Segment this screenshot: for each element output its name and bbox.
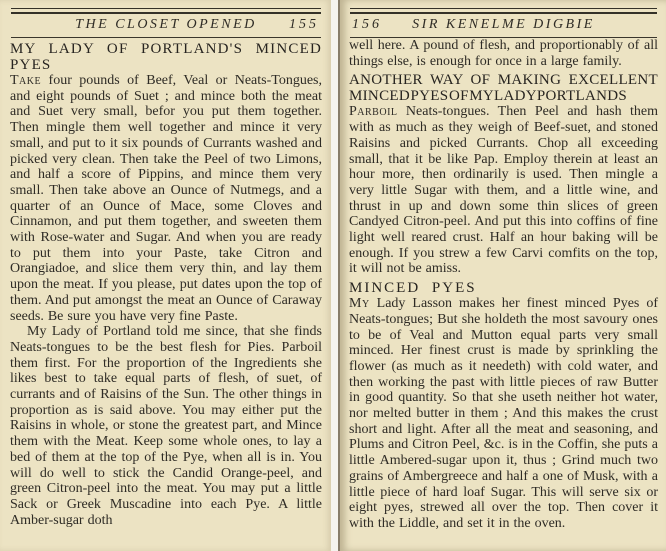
recipe-paragraph-parboil: Parboil Neats-tongues. Then Peel and has… xyxy=(349,104,658,277)
running-head-left: THE CLOSET OPENED 155 xyxy=(11,14,321,38)
running-head-right: 156 SIR KENELME DIGBIE xyxy=(350,14,657,38)
recipe-paragraph-1: Take four pounds of Beef, Veal or Neats-… xyxy=(10,73,322,324)
recipe-paragraph-lady-lasson: My Lady Lasson makes her finest minced P… xyxy=(349,296,658,532)
paragraph-lead-word: Parboil xyxy=(349,104,398,119)
page-left: THE CLOSET OPENED 155 MY LADY OF PORTLAN… xyxy=(0,0,331,551)
page-right: 156 SIR KENELME DIGBIE well here. A poun… xyxy=(338,0,666,551)
section-heading-another-way: ANOTHER WAY OF MAKING EXCELLENT MINCED P… xyxy=(349,72,658,104)
page-number-left: 155 xyxy=(285,17,319,33)
paragraph-text: Neats-tongues. Then Peel and hash them w… xyxy=(349,104,658,276)
book-title-left: THE CLOSET OPENED xyxy=(47,17,285,33)
recipe-paragraph-2: My Lady of Portland told me since, that … xyxy=(10,324,322,528)
continued-paragraph: well here. A pound of flesh, and proport… xyxy=(349,38,658,69)
section-heading-minced-pyes: MINCED PYES xyxy=(349,280,658,296)
book-title-right: SIR KENELME DIGBIE xyxy=(386,17,621,33)
paragraph-lead-word: Take xyxy=(10,73,41,88)
paragraph-lead-word: My xyxy=(349,296,370,311)
section-heading-portlands-minced-pyes: MY LADY OF PORTLAND'S MINCED PYES xyxy=(10,41,322,73)
paragraph-text: Lady Lasson makes her finest minced Pyes… xyxy=(349,296,658,531)
paragraph-text: four pounds of Beef, Veal or Neats-Tongu… xyxy=(10,73,322,324)
page-number-right: 156 xyxy=(352,17,386,33)
